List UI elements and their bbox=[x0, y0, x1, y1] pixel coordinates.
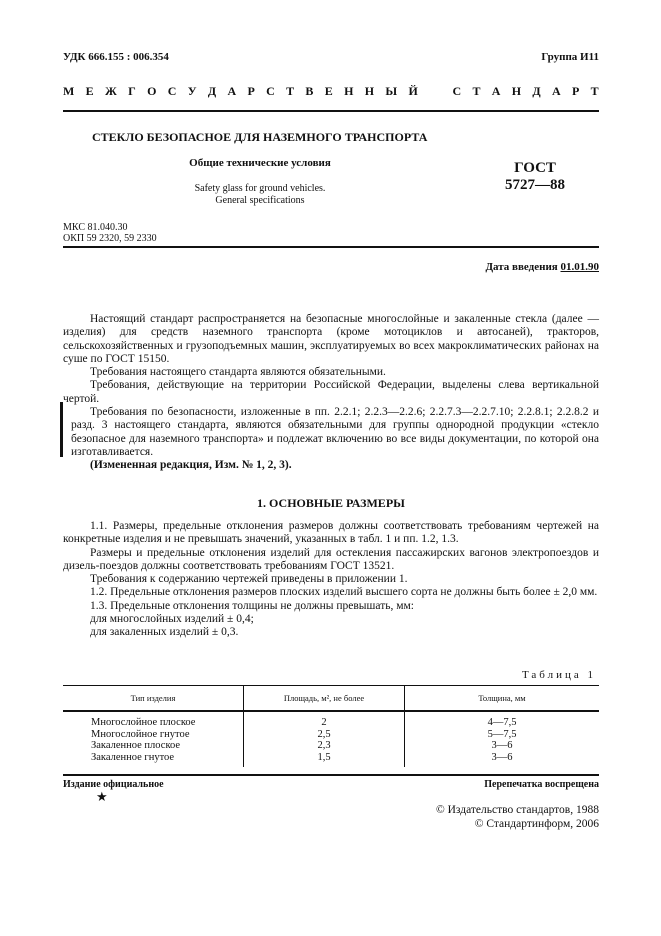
intro-paragraph-3: Требования, действующие на территории Ро… bbox=[63, 379, 599, 406]
heading-letter: Н bbox=[512, 84, 521, 99]
heading-letter: Г bbox=[128, 84, 136, 99]
effective-date: Дата введения 01.01.90 bbox=[485, 261, 599, 273]
english-title-line-1: Safety glass for ground vehicles. bbox=[110, 183, 410, 195]
clause-1-1-railcars: Размеры и предельные отклонения изделий … bbox=[63, 547, 599, 574]
official-edition-label: Издание официальное bbox=[63, 779, 164, 790]
heading-letter: С bbox=[266, 84, 275, 99]
reprint-prohibited-label: Перепечатка воспрещена bbox=[484, 779, 599, 790]
heading-letter: Т bbox=[472, 84, 480, 99]
document-subtitle: Общие технические условия bbox=[110, 157, 410, 169]
gost-label: ГОСТ bbox=[485, 160, 585, 177]
heading-letter: В bbox=[305, 84, 313, 99]
heading-letter: М bbox=[63, 84, 74, 99]
heading-letter: Т bbox=[591, 84, 599, 99]
cell-thickness: 3—6 bbox=[405, 752, 600, 768]
heading-letter: Т bbox=[286, 84, 294, 99]
group-code: Группа И11 bbox=[541, 51, 599, 63]
heading-letter: Ы bbox=[385, 84, 397, 99]
mks-code: МКС 81.040.30 bbox=[63, 222, 157, 233]
cell-area: 2,3 bbox=[244, 740, 405, 752]
intro-section: Настоящий стандарт распространяется на б… bbox=[63, 313, 599, 473]
column-header-thickness: Толщина, мм bbox=[405, 686, 600, 712]
copyright-publisher-1988: © Издательство стандартов, 1988 bbox=[436, 803, 599, 817]
footer-rule bbox=[63, 774, 599, 776]
column-header-type: Тип изделия bbox=[63, 686, 244, 712]
title-rule bbox=[63, 246, 599, 248]
heading-letter: С bbox=[168, 84, 177, 99]
heading-letter: Д bbox=[208, 84, 216, 99]
cell-type: Закаленное гнутое bbox=[63, 752, 244, 768]
table-row: Закаленное гнутое1,53—6 bbox=[63, 752, 599, 768]
heading-letter: Р bbox=[572, 84, 579, 99]
cell-thickness: 4—7,5 bbox=[405, 711, 600, 729]
heading-letter: О bbox=[147, 84, 156, 99]
cell-thickness: 5—7,5 bbox=[405, 729, 600, 741]
section-1-heading: 1. ОСНОВНЫЕ РАЗМЕРЫ bbox=[63, 496, 599, 511]
table-1-caption: Таблица 1 bbox=[522, 669, 596, 681]
cell-area: 2 bbox=[244, 711, 405, 729]
heading-letter: А bbox=[227, 84, 236, 99]
intro-paragraph-2: Требования настоящего стандарта являются… bbox=[63, 366, 599, 379]
heading-letter: Н bbox=[344, 84, 353, 99]
section-1-body: 1.1. Размеры, предельные отклонения разм… bbox=[63, 520, 599, 640]
table-row: Многослойное плоское24—7,5 bbox=[63, 711, 599, 729]
english-title: Safety glass for ground vehicles. Genera… bbox=[110, 183, 410, 207]
star-icon: ★ bbox=[96, 789, 108, 805]
heading-letter: У bbox=[188, 84, 197, 99]
document-title: СТЕКЛО БЕЗОПАСНОЕ ДЛЯ НАЗЕМНОГО ТРАНСПОР… bbox=[92, 130, 427, 145]
heading-letter: Р bbox=[247, 84, 254, 99]
heading-letter: А bbox=[552, 84, 561, 99]
effective-date-value: 01.01.90 bbox=[561, 261, 600, 273]
clause-1-3-laminated: для многослойных изделий ± 0,4; bbox=[63, 613, 599, 626]
table-row: Закаленное плоское2,33—6 bbox=[63, 740, 599, 752]
table-1: Тип изделия Площадь, м², не более Толщин… bbox=[63, 685, 599, 767]
clause-1-2: 1.2. Предельные отклонения размеров плос… bbox=[63, 586, 599, 599]
clause-1-3: 1.3. Предельные отклонения толщины не до… bbox=[63, 600, 599, 613]
clause-1-1-drawings: Требования к содержанию чертежей приведе… bbox=[63, 573, 599, 586]
cell-type: Закаленное плоское bbox=[63, 740, 244, 752]
clause-1-1: 1.1. Размеры, предельные отклонения разм… bbox=[63, 520, 599, 547]
heading-letter: Е bbox=[325, 84, 333, 99]
column-header-area: Площадь, м², не более bbox=[244, 686, 405, 712]
amendment-note: (Измененная редакция, Изм. № 1, 2, 3). bbox=[63, 459, 599, 472]
effective-date-label: Дата введения bbox=[485, 261, 557, 273]
clause-1-3-tempered: для закаленных изделий ± 0,3. bbox=[63, 626, 599, 639]
heading-letter: С bbox=[452, 84, 461, 99]
cell-type: Многослойное гнутое bbox=[63, 729, 244, 741]
cell-type: Многослойное плоское bbox=[63, 711, 244, 729]
heading-letter: Е bbox=[86, 84, 94, 99]
okp-code: ОКП 59 2320, 59 2330 bbox=[63, 233, 157, 244]
heading-letter: Й bbox=[408, 84, 417, 99]
gost-designation: ГОСТ 5727—88 bbox=[485, 160, 585, 194]
heading-letter: Д bbox=[532, 84, 540, 99]
cell-area: 2,5 bbox=[244, 729, 405, 741]
table-header-row: Тип изделия Площадь, м², не более Толщин… bbox=[63, 686, 599, 712]
copyright-standartinform-2006: © Стандартинформ, 2006 bbox=[436, 817, 599, 831]
interstate-standard-heading: МЕЖГОСУДАРСТВЕННЫЙ СТАНДАРТ bbox=[63, 84, 599, 99]
cell-thickness: 3—6 bbox=[405, 740, 600, 752]
classification-codes: МКС 81.040.30 ОКП 59 2320, 59 2330 bbox=[63, 222, 157, 244]
heading-letter bbox=[429, 84, 441, 99]
heading-letter: А bbox=[492, 84, 501, 99]
copyright-block: © Издательство стандартов, 1988 © Станда… bbox=[436, 803, 599, 831]
cell-area: 1,5 bbox=[244, 752, 405, 768]
english-title-line-2: General specifications bbox=[110, 195, 410, 207]
gost-number: 5727—88 bbox=[485, 177, 585, 194]
intro-paragraph-1: Настоящий стандарт распространяется на б… bbox=[63, 313, 599, 366]
russian-federation-marker-bar bbox=[60, 402, 63, 457]
table-row: Многослойное гнутое2,55—7,5 bbox=[63, 729, 599, 741]
heading-letter: Ж bbox=[105, 84, 117, 99]
intro-paragraph-4: Требования по безопасности, изложенные в… bbox=[63, 406, 599, 459]
header-rule bbox=[63, 110, 599, 112]
heading-letter: Н bbox=[365, 84, 374, 99]
udk-code: УДК 666.155 : 006.354 bbox=[63, 51, 169, 63]
